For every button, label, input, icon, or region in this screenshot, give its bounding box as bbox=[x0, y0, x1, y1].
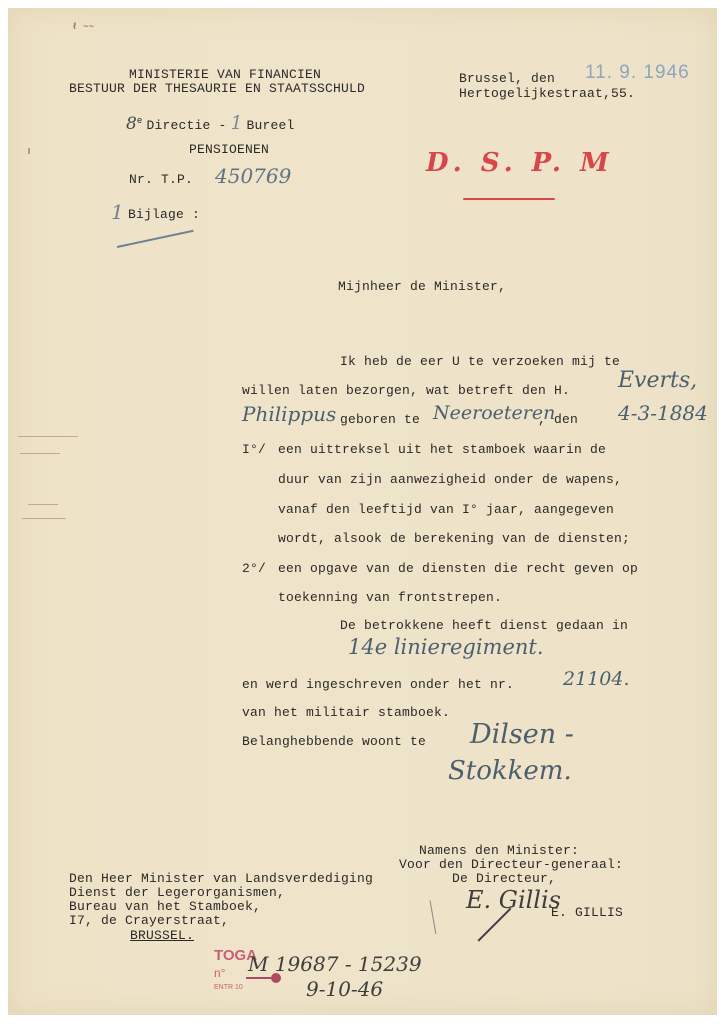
receipt-date-handwritten: 9-10-46 bbox=[306, 977, 383, 1001]
receipt-stamp-bottom: ENTR 10 bbox=[214, 984, 243, 991]
item-2-marker: 2°/ bbox=[242, 562, 266, 576]
directorate-label: Directie - bbox=[146, 118, 226, 133]
addressee-line: Dienst der Legerorganismen, bbox=[69, 886, 285, 900]
service-line: De betrokkene heeft dienst gedaan in bbox=[340, 619, 628, 633]
residence-handwritten-1: Dilsen - bbox=[470, 719, 574, 750]
letter-page: ℓ ~~ MINISTERIE VAN FINANCIEN BESTUUR DE… bbox=[8, 8, 717, 1015]
addressee-line: Den Heer Minister van Landsverdediging bbox=[69, 872, 373, 886]
attachments-label: Bijlage : bbox=[128, 208, 200, 222]
reference-number: 450769 bbox=[215, 164, 291, 188]
directorate-line: 8e Directie - 1 Bureel bbox=[126, 112, 295, 134]
item-1-line: vanaf den leeftijd van I° jaar, aangegev… bbox=[278, 503, 614, 517]
red-pencil-underline bbox=[463, 198, 555, 200]
bureau-number: 1 bbox=[230, 112, 242, 134]
attachments-count: 1 bbox=[111, 200, 124, 224]
addressee-line: Bureau van het Stamboek, bbox=[69, 900, 261, 914]
receipt-stamp-no: n° bbox=[214, 966, 225, 980]
regiment-handwritten: 14e linieregiment. bbox=[348, 635, 544, 659]
item-2-line: een opgave van de diensten die recht gev… bbox=[278, 562, 638, 576]
margin-trace bbox=[18, 436, 78, 437]
bureau-label: Bureel bbox=[247, 118, 295, 133]
body-line-2: willen laten bezorgen, wat betreft den H… bbox=[242, 384, 570, 398]
attachments-underline bbox=[117, 230, 194, 248]
registry-line: van het militair stamboek. bbox=[242, 706, 450, 720]
margin-dot bbox=[28, 148, 30, 154]
section-pensioenen: PENSIOENEN bbox=[189, 143, 269, 157]
directorate-number: 8 bbox=[126, 114, 137, 134]
margin-trace bbox=[28, 504, 58, 505]
date-label: , den bbox=[538, 413, 578, 427]
addressee-line: I7, de Crayerstraat, bbox=[69, 914, 229, 928]
surname-handwritten: Everts, bbox=[618, 368, 697, 393]
margin-trace bbox=[22, 518, 66, 519]
item-2-line: toekenning van frontstrepen. bbox=[278, 591, 502, 605]
residence-line: Belanghebbende woont te bbox=[242, 735, 426, 749]
reference-label: Nr. T.P. bbox=[129, 173, 193, 187]
stamp-ink-stroke bbox=[246, 977, 274, 979]
date-stamp: 11. 9. 1946 bbox=[585, 62, 690, 84]
directorate-suffix: e bbox=[137, 116, 143, 126]
signature-line-1: Namens den Minister: bbox=[419, 844, 579, 858]
birthdate-handwritten: 4-3-1884 bbox=[618, 401, 708, 425]
residence-handwritten-2: Stokkem. bbox=[448, 756, 572, 786]
city-date-label: Brussel, den bbox=[459, 72, 555, 86]
margin-trace bbox=[20, 453, 60, 454]
department-name: BESTUUR DER THESAURIE EN STAATSSCHULD bbox=[69, 82, 365, 96]
sender-address: Hertogelijkestraat,55. bbox=[459, 87, 635, 101]
pencil-mark bbox=[430, 900, 437, 934]
signature-line-3: De Directeur, bbox=[452, 872, 556, 886]
birthplace-handwritten: Neeroeteren bbox=[433, 402, 555, 424]
body-line-1: Ik heb de eer U te verzoeken mij te bbox=[340, 355, 620, 369]
typed-signatory-name: E. GILLIS bbox=[551, 906, 623, 920]
top-left-scribble: ℓ ~~ bbox=[72, 20, 94, 34]
registration-line: en werd ingeschreven onder het nr. bbox=[242, 678, 514, 692]
addressee-city: BRUSSEL. bbox=[130, 929, 194, 943]
item-1-marker: I°/ bbox=[242, 443, 266, 457]
item-1-line: duur van zijn aanwezigheid onder de wape… bbox=[278, 473, 622, 487]
handwritten-signature: E. Gillis bbox=[466, 886, 561, 914]
item-1-line: wordt, alsook de berekening van de diens… bbox=[278, 532, 630, 546]
signature-line-2: Voor den Directeur-generaal: bbox=[399, 858, 623, 872]
ministry-name: MINISTERIE VAN FINANCIEN bbox=[129, 68, 321, 82]
firstname-handwritten: Philippus bbox=[242, 402, 336, 426]
red-pencil-annotation: D. S. P. M bbox=[426, 148, 614, 178]
salutation: Mijnheer de Minister, bbox=[338, 280, 506, 294]
born-label: geboren te bbox=[340, 413, 420, 427]
item-1-line: een uittreksel uit het stamboek waarin d… bbox=[278, 443, 606, 457]
registration-number: 21104. bbox=[563, 668, 629, 690]
